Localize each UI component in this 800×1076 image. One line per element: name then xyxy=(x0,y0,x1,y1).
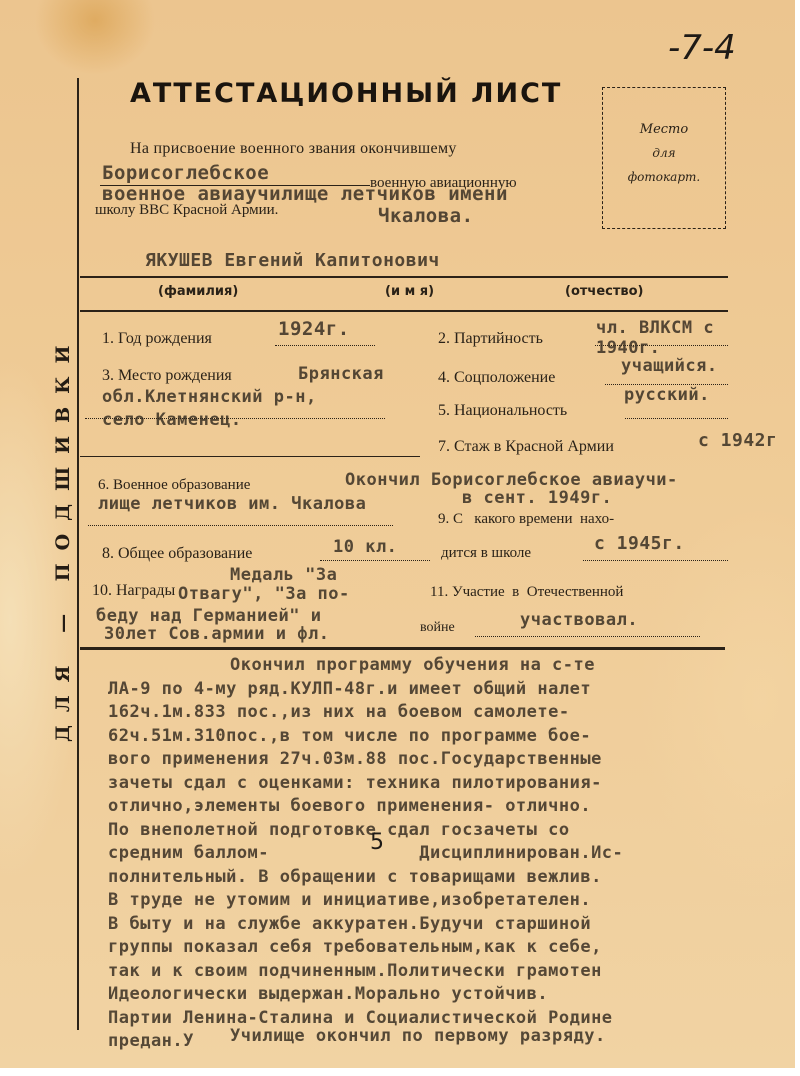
binding-margin-label: ДЛЯ — ПОДШИВКИ xyxy=(52,333,74,742)
field-ww2-line xyxy=(475,636,700,637)
field-nationality-line xyxy=(625,418,728,419)
field-military-education-value-line3: в сент. 1949г. xyxy=(462,488,612,508)
char-line: 162ч.1м.833 пос.,из них на боевом самоле… xyxy=(108,701,798,725)
char-line: В быту и на службе аккуратен.Будучи стар… xyxy=(108,913,798,937)
field-awards-value-line2: Отвагу", "За по- xyxy=(178,584,350,604)
char-line: Идеологически выдержан.Морально устойчив… xyxy=(108,983,798,1007)
attestation-sheet: -7-4 ДЛЯ — ПОДШИВКИ АТТЕСТАЦИОННЫЙ ЛИСТ … xyxy=(0,0,795,1068)
field-birthplace-line xyxy=(85,418,385,419)
char-line: зачеты сдал с оценками: техника пилотиро… xyxy=(108,772,798,796)
field-army-service-label: 7. Стаж в Красной Армии xyxy=(438,438,614,456)
char-line: так и к своим подчиненным.Политически гр… xyxy=(108,960,798,984)
field-since-when-label-line1: 9. С какого времени нахо- xyxy=(438,511,614,528)
name-line-bottom xyxy=(80,310,728,312)
field-general-education-line xyxy=(320,560,430,561)
char-line: 62ч.51м.310пос.,в том числе по программе… xyxy=(108,725,798,749)
char-line: полнительный. В обращении с товарищами в… xyxy=(108,866,798,890)
field-military-education-label: 6. Военное образование xyxy=(98,477,250,494)
intro-typed-school-line3: Чкалова. xyxy=(378,205,474,227)
field-party-value-line1: чл. ВЛКСМ с xyxy=(596,318,714,338)
field-ww2-value: участвовал. xyxy=(520,610,638,630)
char-line: отлично,элементы боевого применения- отл… xyxy=(108,795,798,819)
field-birthplace-value-line1: Брянская xyxy=(298,364,384,384)
char-line: Окончил программу обучения на с-те xyxy=(108,654,798,678)
archive-page-mark: -7-4 xyxy=(668,28,736,68)
full-name-value: ЯКУШЕВ Евгений Капитонович xyxy=(145,250,440,271)
field-birthplace-label: 3. Место рождения xyxy=(102,367,232,385)
char-line: вого применения 27ч.03м.88 пос.Государст… xyxy=(108,748,798,772)
intro-underline xyxy=(100,185,370,186)
handwritten-grade: 5 xyxy=(370,830,384,855)
conclusion-text: Училище окончил по первому разряду. xyxy=(230,1026,606,1046)
field-party-value-line2: 1940г. xyxy=(596,338,660,358)
document-title: АТТЕСТАЦИОННЫЙ ЛИСТ xyxy=(130,78,562,109)
characterization-divider xyxy=(80,647,725,650)
field-awards-value-line3: беду над Германией" и xyxy=(96,606,321,626)
field-birthplace-value-line3: село Каменец. xyxy=(102,410,242,430)
field-awards-value-line1: Медаль "За xyxy=(230,565,337,585)
binding-margin-line xyxy=(77,78,79,1030)
field-birthplace-value-line2: обл.Клетнянский р-н, xyxy=(102,387,317,407)
divider-before-education xyxy=(80,456,420,457)
char-line: В труде не утомим и инициативе,изобретат… xyxy=(108,889,798,913)
name-line-top xyxy=(80,276,728,278)
field-ww2-label-line2: войне xyxy=(420,620,455,636)
field-birth-year-value: 1924г. xyxy=(278,318,350,340)
label-patronymic: (отчество) xyxy=(565,284,644,299)
field-since-when-line xyxy=(583,560,728,561)
photo-label-line1: Место xyxy=(603,122,725,137)
field-military-education-value-line1: Окончил Борисоглебское авиаучи- xyxy=(345,470,678,490)
char-line: По внеполетной подготовке сдал госзачеты… xyxy=(108,819,798,843)
photo-label-line3: фотокарт. xyxy=(603,170,725,184)
field-birth-year-label: 1. Год рождения xyxy=(102,330,212,348)
label-surname: (фамилия) xyxy=(158,284,238,299)
label-first-name: (и м я) xyxy=(385,284,434,299)
field-party-label: 2. Партийность xyxy=(438,330,543,348)
field-general-education-label: 8. Общее образование xyxy=(102,545,252,563)
field-army-service-value: с 1942г xyxy=(698,430,777,451)
field-birth-year-line xyxy=(275,345,375,346)
photo-label-line2: для xyxy=(603,146,725,160)
characterization-text: Окончил программу обучения на с-те ЛА-9 … xyxy=(108,654,798,1054)
field-since-when-value: с 1945г. xyxy=(594,533,685,554)
field-social-value: учащийся. xyxy=(621,356,718,376)
intro-printed-line1: На присвоение военного звания окончившем… xyxy=(130,140,457,158)
photo-placeholder-box: Место для фотокарт. xyxy=(602,87,726,229)
char-line: средним баллом- Дисциплинирован.Ис- xyxy=(108,842,798,866)
field-military-education-value-line2: лище летчиков им. Чкалова xyxy=(98,494,366,514)
field-since-when-label-line2: дится в школе xyxy=(441,545,531,562)
field-nationality-label: 5. Национальность xyxy=(438,402,567,420)
intro-typed-school-line1: Борисоглебское xyxy=(102,162,269,184)
field-military-education-line xyxy=(88,525,393,526)
char-line: ЛА-9 по 4-му ряд.КУЛП-48г.и имеет общий … xyxy=(108,678,798,702)
char-line: группы показал себя требовательным,как к… xyxy=(108,936,798,960)
field-awards-value-line4: 30лет Сов.армии и фл. xyxy=(104,624,329,644)
field-ww2-label-line1: 11. Участие в Отечественной xyxy=(430,584,623,601)
field-awards-label: 10. Награды xyxy=(92,582,175,600)
field-general-education-value: 10 кл. xyxy=(333,537,397,557)
intro-printed-line3: школу ВВС Красной Армии. xyxy=(95,202,278,219)
field-social-label: 4. Соцположение xyxy=(438,369,555,387)
field-nationality-value: русский. xyxy=(624,385,710,405)
